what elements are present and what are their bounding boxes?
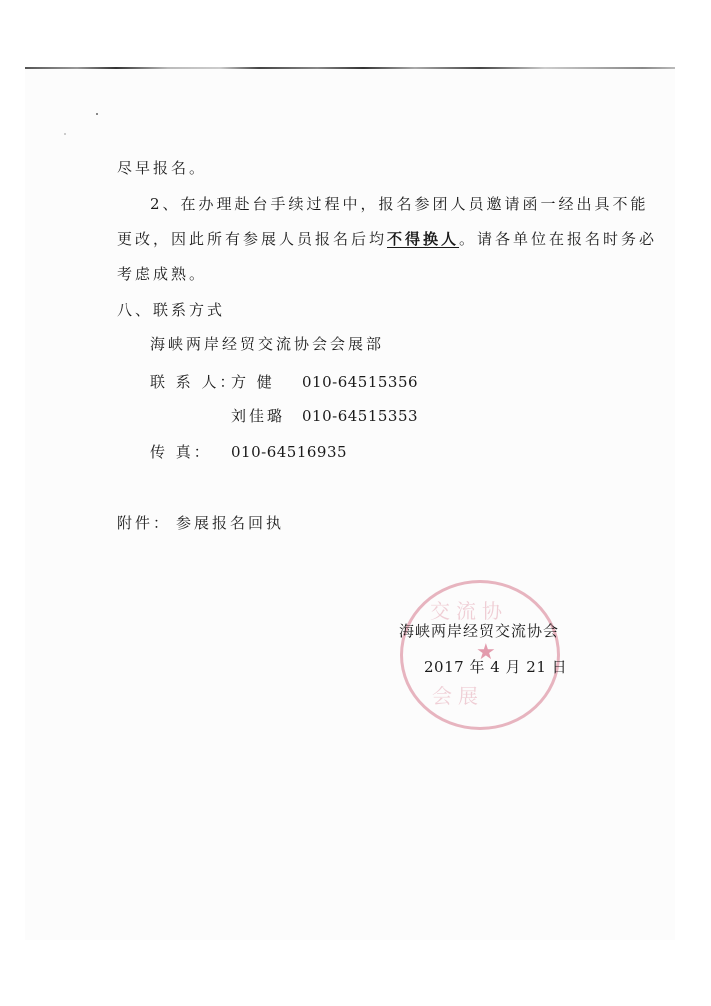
text-line-2: 2、在办理赴台手续过程中，报名参团人员邀请函一经出具不能 <box>150 194 649 214</box>
contact-org: 海峡两岸经贸交流协会会展部 <box>150 334 384 354</box>
seal-inscription: 交流协 <box>430 595 508 624</box>
seal-inscription-lower: 会展 <box>432 680 484 709</box>
scan-speck <box>96 113 98 115</box>
contact-label: 联 系 人： <box>150 372 238 392</box>
signature-org: 海峡两岸经贸交流协会 <box>399 621 559 641</box>
text-line-3: 更改，因此所有参展人员报名后均不得换人。请各单位在报名时务必 <box>117 229 657 249</box>
signature-date: 2017 年 4 月 21 日 <box>424 657 567 677</box>
section-heading-contact: 八、联系方式 <box>117 300 225 320</box>
contact-name-2: 刘佳璐 <box>231 406 285 426</box>
contact-phone-2: 010-64515353 <box>302 406 418 426</box>
contact-name-1: 方 健 <box>231 372 275 392</box>
text-line-4: 考虑成熟。 <box>117 264 207 284</box>
attachment-value: 参展报名回执 <box>176 513 284 533</box>
page-top-rule <box>25 67 675 69</box>
scan-speck <box>64 133 66 135</box>
attachment-label: 附件： <box>117 513 171 533</box>
text-line-3-pre: 更改，因此所有参展人员报名后均 <box>117 230 387 248</box>
contact-phone-1: 010-64515356 <box>302 372 418 392</box>
text-line-3-post: 。请各单位在报名时务必 <box>459 230 657 248</box>
emphasis-no-replacement: 不得换人 <box>387 230 459 248</box>
fax-number: 010-64516935 <box>231 442 347 462</box>
text-line-1: 尽早报名。 <box>117 158 207 178</box>
fax-label: 传 真： <box>150 442 212 462</box>
